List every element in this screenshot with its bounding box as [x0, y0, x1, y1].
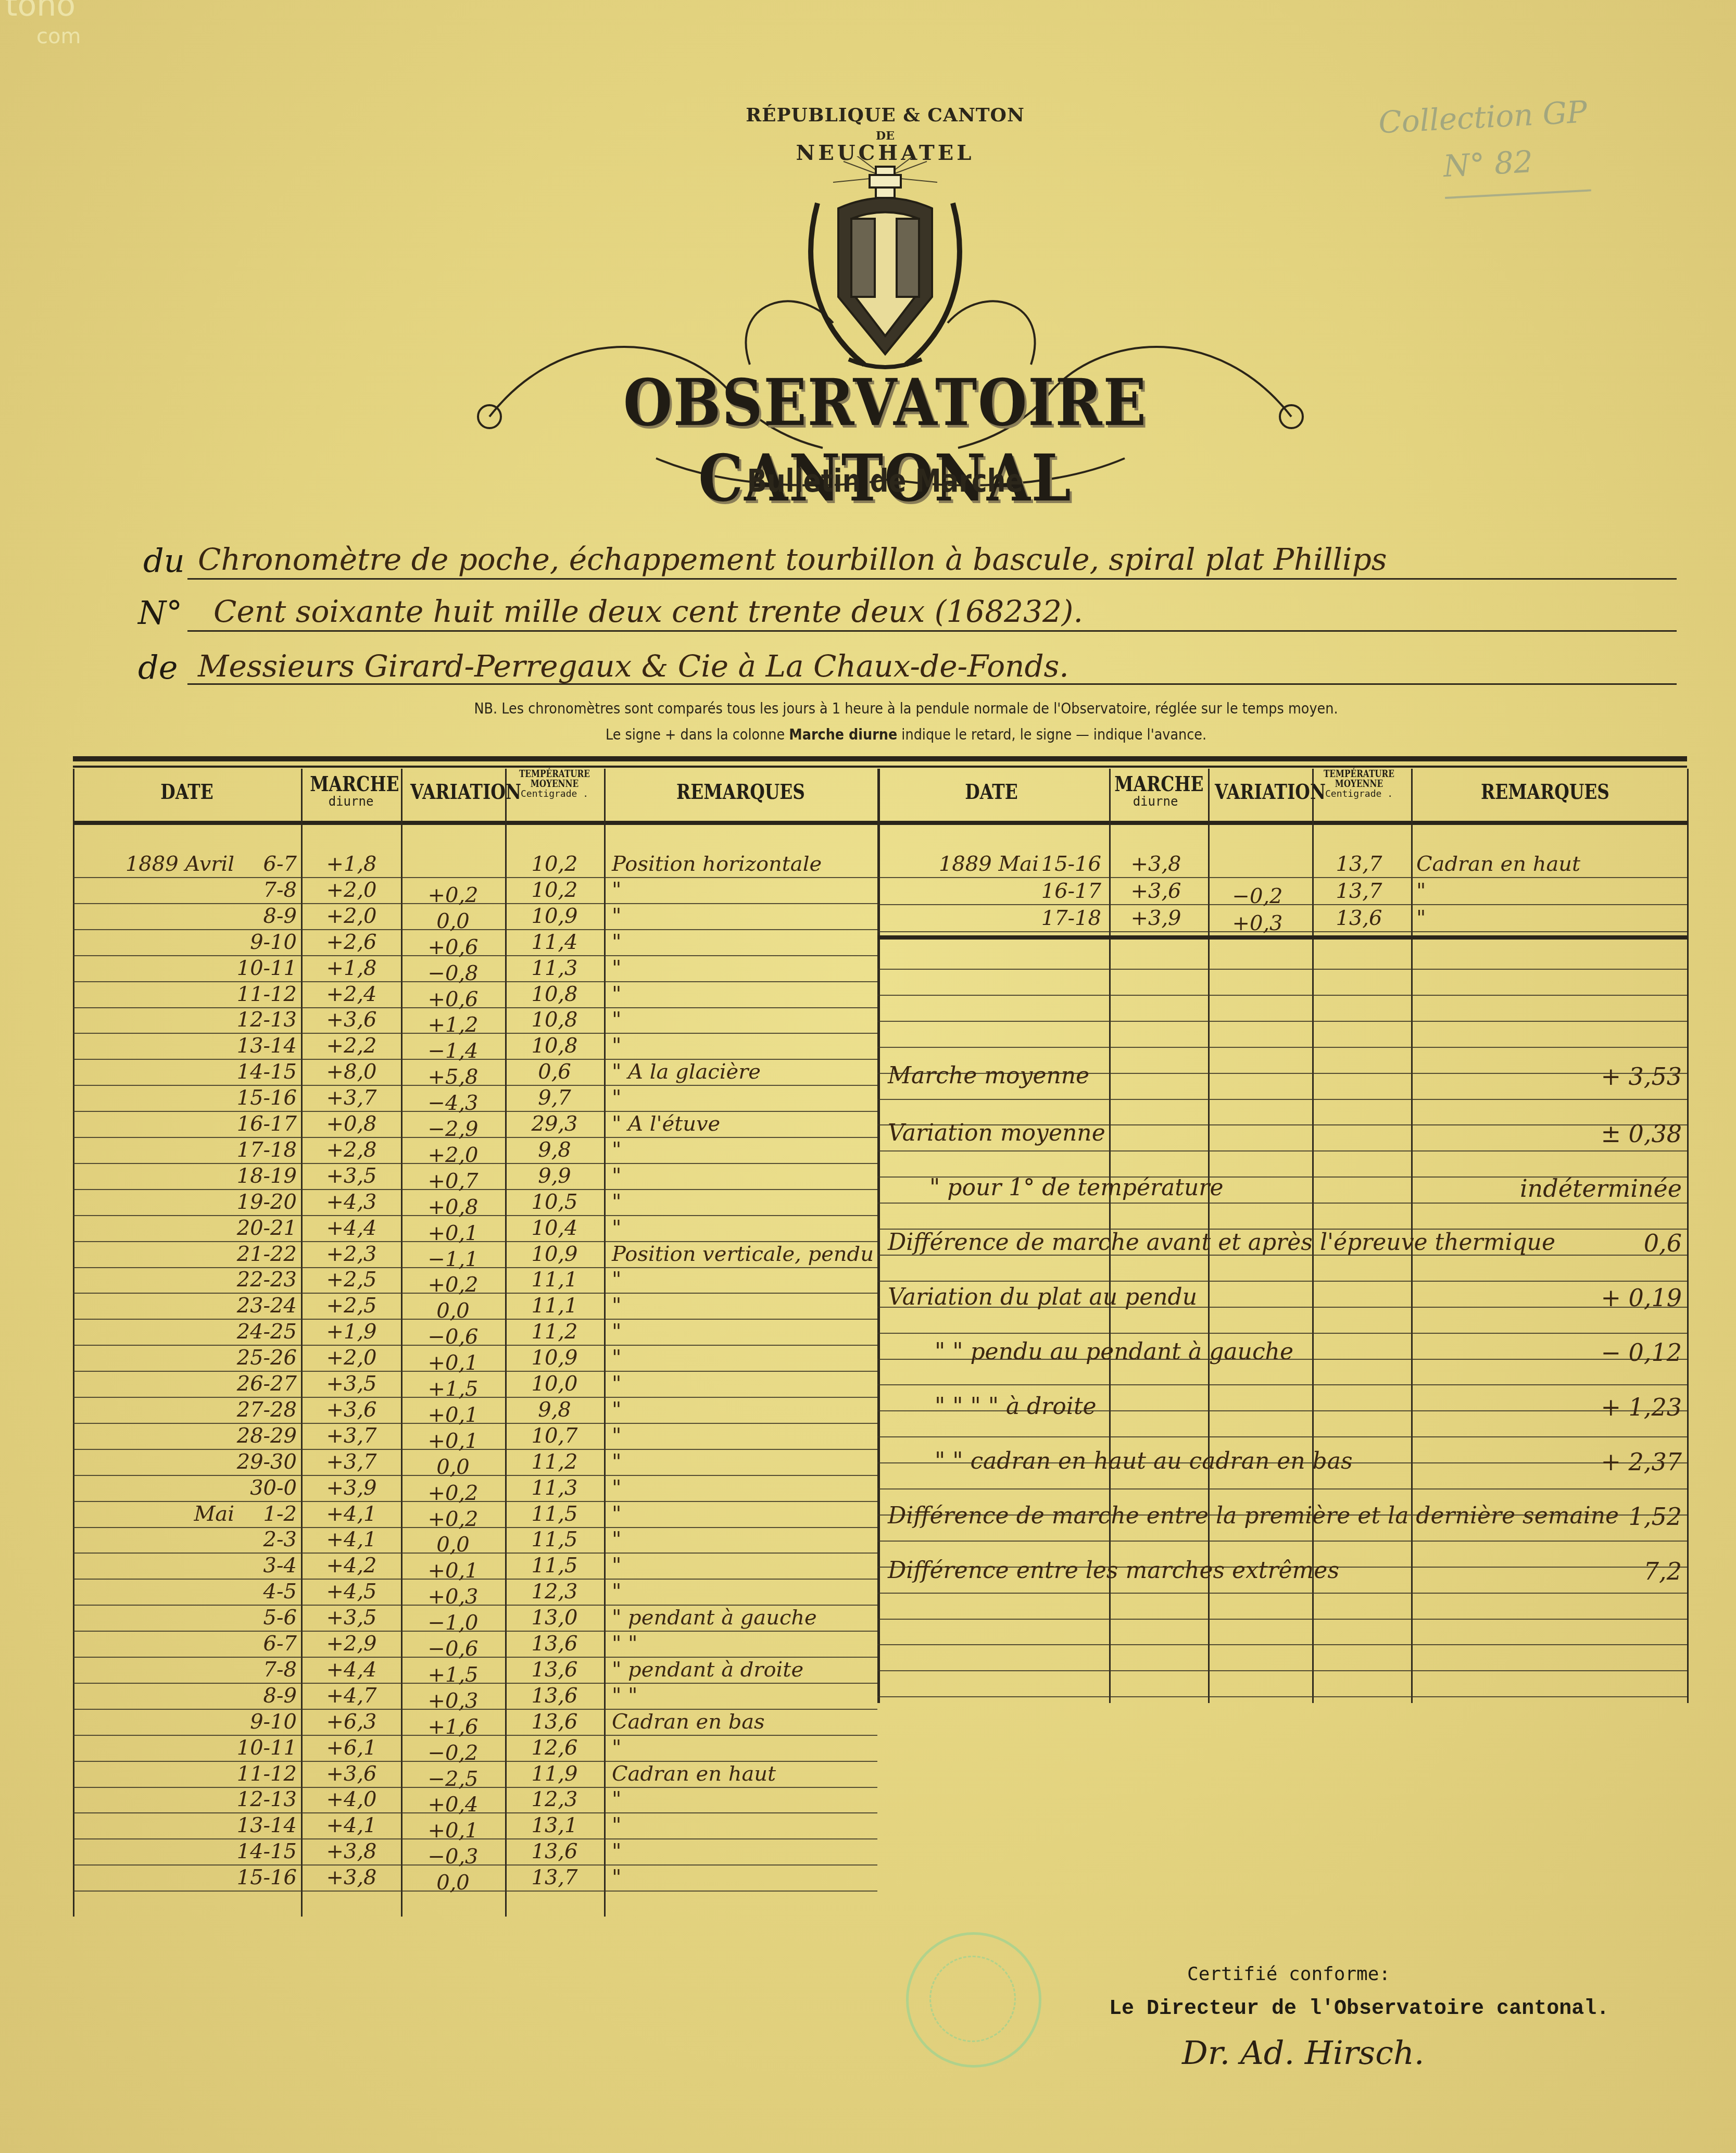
summary-value: indéterminée [1510, 1174, 1682, 1203]
row-marche-diurne: +8,0 [305, 1060, 398, 1084]
watermark-text: tono [5, 0, 76, 23]
row-marche-diurne: +2,2 [305, 1034, 398, 1058]
row-variation: +0,3 [1208, 911, 1307, 935]
summary-value: + 3,53 [1510, 1062, 1682, 1091]
row-date: 8-9 [229, 904, 297, 928]
row-variation: +0,1 [404, 1559, 502, 1583]
row-temperature: 9,8 [508, 1138, 601, 1162]
row-date: 16-17 [1034, 879, 1101, 903]
summary-label: Différence de marche entre la première e… [888, 1503, 1619, 1529]
row-temperature: 13,6 [508, 1684, 601, 1708]
table-column-divider [604, 769, 606, 1917]
row-remarque: " [1416, 879, 1677, 903]
row-marche-diurne: +2,8 [305, 1138, 398, 1162]
summary-label: Variation moyenne [888, 1120, 1105, 1146]
row-remarque: " [612, 1839, 872, 1863]
row-variation: −0,2 [1208, 884, 1307, 908]
watermark-domain: com [36, 21, 81, 52]
summary-value: 1,52 [1510, 1503, 1682, 1531]
row-remarque: " [1416, 906, 1677, 930]
row-temperature: 11,5 [508, 1502, 601, 1526]
row-marche-diurne: +4,1 [305, 1502, 398, 1526]
row-remarque: " [612, 1034, 872, 1058]
table-column-divider [1687, 769, 1689, 1703]
row-remarque: Cadran en haut [1416, 852, 1677, 876]
row-remarque: " [612, 1294, 872, 1318]
row-variation: +0,6 [404, 987, 502, 1011]
row-marche-diurne: +1,9 [305, 1320, 398, 1344]
row-variation: 0,0 [404, 1533, 502, 1557]
row-temperature: 11,2 [508, 1320, 601, 1344]
row-temperature: 9,7 [508, 1086, 601, 1110]
row-date: 18-19 [229, 1164, 297, 1188]
director-signature: Dr. Ad. Hirsch. [1182, 2034, 1425, 2072]
row-date: 14-15 [229, 1839, 297, 1863]
row-temperature: 10,8 [508, 1008, 601, 1032]
row-variation: −0,8 [404, 961, 502, 985]
header-bottom-rule [73, 821, 1687, 825]
row-remarque: " [612, 1008, 872, 1032]
seal-stamp-icon [906, 1932, 1041, 2068]
row-temperature: 0,6 [508, 1060, 601, 1084]
row-remarque: " [612, 1346, 872, 1370]
left-header-date: DATE [73, 781, 301, 803]
summary-label: Marche moyenne [888, 1062, 1089, 1089]
row-temperature: 13,7 [1312, 852, 1406, 876]
row-variation: +0,3 [404, 1585, 502, 1609]
summary-ruled-line [877, 1644, 1687, 1645]
summary-value: − 0,12 [1510, 1338, 1682, 1367]
row-remarque: " [612, 1866, 872, 1889]
row-marche-diurne: +4,4 [305, 1658, 398, 1682]
row-remarque: Cadran en haut [612, 1762, 872, 1786]
row-month: 1889 Mai [888, 852, 1039, 876]
row-remarque: " [612, 1736, 872, 1760]
row-temperature: 10,9 [508, 904, 601, 928]
row-marche-diurne: +4,1 [305, 1813, 398, 1837]
left-header-remarques: REMARQUES [604, 781, 877, 803]
summary-ruled-line [877, 1670, 1687, 1671]
row-marche-diurne: +6,3 [305, 1710, 398, 1734]
row-remarque: Position verticale, pendu [612, 1242, 872, 1266]
row-marche-diurne: +3,5 [305, 1606, 398, 1630]
row-variation: +0,1 [404, 1819, 502, 1843]
row-marche-diurne: +1,8 [305, 852, 398, 876]
row-date: 7-8 [229, 878, 297, 902]
row-marche-diurne: +2,0 [305, 878, 398, 902]
row-remarque: " [612, 956, 872, 980]
row-marche-diurne: +4,4 [305, 1216, 398, 1240]
row-date: 9-10 [229, 930, 297, 954]
watermark: tono com [5, 0, 81, 52]
row-remarque: " [612, 1787, 872, 1811]
row-date: 6-7 [229, 1632, 297, 1656]
director-title: Le Directeur de l'Observatoire cantonal. [1109, 1997, 1609, 2021]
row-date: 17-18 [229, 1138, 297, 1162]
row-marche-diurne: +3,9 [1109, 906, 1203, 930]
row-temperature: 13,6 [1312, 906, 1406, 930]
row-variation: +0,2 [404, 883, 502, 907]
row-temperature: 11,1 [508, 1294, 601, 1318]
row-temperature: 11,2 [508, 1450, 601, 1474]
row-variation: −0,2 [404, 1741, 502, 1765]
summary-ruled-line [877, 1333, 1687, 1334]
summary-value: + 2,37 [1510, 1448, 1682, 1476]
row-variation: 0,0 [404, 1871, 502, 1895]
coat-of-arms-icon [760, 156, 1010, 380]
row-marche-diurne: +2,5 [305, 1268, 398, 1292]
row-marche-diurne: +3,7 [305, 1086, 398, 1110]
row-marche-diurne: +4,3 [305, 1190, 398, 1214]
row-remarque: " [612, 1580, 872, 1604]
row-temperature: 10,5 [508, 1190, 601, 1214]
row-temperature: 10,9 [508, 1346, 601, 1370]
row-variation: 0,0 [404, 1455, 502, 1479]
row-date: 19-20 [229, 1190, 297, 1214]
summary-label: Différence entre les marches extrêmes [888, 1557, 1339, 1584]
summary-ruled-line [877, 1696, 1687, 1697]
pencil-note-number: N° 82 [1442, 135, 1591, 199]
row-marche-diurne: +3,8 [305, 1866, 398, 1889]
row-marche-diurne: +4,1 [305, 1528, 398, 1551]
right-header-date: DATE [877, 781, 1105, 803]
row-temperature: 12,3 [508, 1580, 601, 1604]
row-remarque: " [612, 1476, 872, 1500]
row-variation: −2,5 [404, 1767, 502, 1791]
right-header-remarques: REMARQUES [1408, 781, 1682, 803]
summary-ruled-line [877, 1619, 1687, 1620]
row-variation: −0,3 [404, 1845, 502, 1869]
manufacturer: Messieurs Girard-Perregaux & Cie à La Ch… [198, 648, 1069, 684]
row-date: 9-10 [229, 1710, 297, 1734]
row-remarque: " [612, 1086, 872, 1110]
republic-heading: RÉPUBLIQUE & CANTON [729, 104, 1041, 126]
row-date: 15-16 [229, 1866, 297, 1889]
row-marche-diurne: +2,5 [305, 1294, 398, 1318]
row-remarque: " pendant à gauche [612, 1606, 872, 1630]
row-marche-diurne: +3,6 [1109, 879, 1203, 903]
row-remarque: " [612, 930, 872, 954]
row-date: 25-26 [229, 1346, 297, 1370]
row-date: 16-17 [229, 1112, 297, 1136]
certified-label: Certifié conforme: [1187, 1963, 1390, 1985]
row-temperature: 11,3 [508, 1476, 601, 1500]
row-variation: +0,2 [404, 1273, 502, 1297]
row-temperature: 9,8 [508, 1398, 601, 1422]
row-date: 6-7 [229, 852, 297, 876]
row-date: 11-12 [229, 1762, 297, 1786]
row-date: 28-29 [229, 1424, 297, 1448]
row-temperature: 10,8 [508, 982, 601, 1006]
row-remarque: " [612, 1450, 872, 1474]
right-table-end-rule [877, 935, 1687, 940]
row-remarque: " A l'étuve [612, 1112, 872, 1136]
row-date: 23-24 [229, 1294, 297, 1318]
row-remarque: " [612, 1502, 872, 1526]
row-temperature: 11,1 [508, 1268, 601, 1292]
row-remarque: " [612, 1268, 872, 1292]
right-header-variation: VARIATION [1205, 781, 1310, 803]
row-date: 7-8 [229, 1658, 297, 1682]
row-remarque: " [612, 1216, 872, 1240]
row-remarque: " [612, 1320, 872, 1344]
row-variation: +1,5 [404, 1377, 502, 1401]
row-marche-diurne: +3,8 [305, 1839, 398, 1863]
summary-label: Différence de marche avant et après l'ép… [888, 1229, 1555, 1256]
row-variation: +0,3 [404, 1689, 502, 1713]
row-marche-diurne: +3,5 [305, 1164, 398, 1188]
row-remarque: " [612, 1554, 872, 1578]
summary-ruled-line [877, 1203, 1687, 1204]
row-remarque: " [612, 878, 872, 902]
row-remarque: " pendant à droite [612, 1658, 872, 1682]
summary-ruled-line [877, 1099, 1687, 1100]
row-marche-diurne: +4,2 [305, 1554, 398, 1578]
row-variation: +0,2 [404, 1507, 502, 1531]
row-remarque: " A la glacière [612, 1060, 872, 1084]
summary-ruled-line [877, 1384, 1687, 1385]
row-date: 13-14 [229, 1034, 297, 1058]
row-marche-diurne: +2,0 [305, 904, 398, 928]
row-date: 10-11 [229, 956, 297, 980]
summary-ruled-line [877, 969, 1687, 970]
summary-ruled-line [877, 1047, 1687, 1048]
row-temperature: 13,7 [508, 1866, 601, 1889]
row-temperature: 10,4 [508, 1216, 601, 1240]
nb-line-2: Le signe + dans la colonne Marche diurne… [448, 721, 1364, 747]
row-variation: +0,8 [404, 1195, 502, 1219]
row-date: 15-16 [1034, 852, 1101, 876]
row-variation: −0,6 [404, 1325, 502, 1349]
row-variation: +0,7 [404, 1169, 502, 1193]
row-remarque: " [612, 904, 872, 928]
summary-value: ± 0,38 [1510, 1120, 1682, 1148]
row-date: 5-6 [229, 1606, 297, 1630]
row-temperature: 13,6 [508, 1632, 601, 1656]
table-column-divider [505, 769, 507, 1917]
summary-label: " " " " à droite [935, 1393, 1097, 1420]
row-temperature: 10,2 [508, 852, 601, 876]
row-temperature: 11,4 [508, 930, 601, 954]
row-date: 3-4 [229, 1554, 297, 1578]
summary-ruled-line [877, 1541, 1687, 1542]
row-date: 24-25 [229, 1320, 297, 1344]
row-remarque: " [612, 1528, 872, 1551]
row-temperature: 10,8 [508, 1034, 601, 1058]
fill-line-2 [187, 630, 1677, 632]
row-remarque: " " [612, 1684, 872, 1708]
chronometer-description: Chronomètre de poche, échappement tourbi… [198, 542, 1387, 577]
row-remarque: " [612, 1372, 872, 1396]
summary-value: + 1,23 [1510, 1393, 1682, 1421]
row-variation: 0,0 [404, 1299, 502, 1323]
table-top-rule-thin [73, 766, 1687, 768]
row-marche-diurne: +2,3 [305, 1242, 398, 1266]
row-variation: +2,0 [404, 1143, 502, 1167]
row-temperature: 10,2 [508, 878, 601, 902]
row-remarque: Position horizontale [612, 852, 872, 876]
summary-ruled-line [877, 1021, 1687, 1022]
summary-label: " " cadran en haut au cadran en bas [935, 1448, 1353, 1474]
row-temperature: 11,5 [508, 1554, 601, 1578]
row-variation: +0,2 [404, 1481, 502, 1505]
row-temperature: 12,6 [508, 1736, 601, 1760]
row-temperature: 13,0 [508, 1606, 601, 1630]
row-variation: +1,2 [404, 1013, 502, 1037]
table-row-rule [877, 877, 1687, 878]
row-date: 2-3 [229, 1528, 297, 1551]
row-remarque: " [612, 1424, 872, 1448]
row-marche-diurne: +3,9 [305, 1476, 398, 1500]
right-header-marche: MARCHEdiurne [1105, 773, 1205, 808]
summary-ruled-line [877, 1488, 1687, 1489]
summary-label: " " pendu au pendant à gauche [935, 1338, 1293, 1365]
row-temperature: 10,0 [508, 1372, 601, 1396]
row-temperature: 13,7 [1312, 879, 1406, 903]
summary-label: " pour 1° de température [929, 1174, 1223, 1201]
row-date: 29-30 [229, 1450, 297, 1474]
row-temperature: 10,9 [508, 1242, 601, 1266]
row-variation: +0,1 [404, 1403, 502, 1427]
row-marche-diurne: +3,5 [305, 1372, 398, 1396]
row-temperature: 11,3 [508, 956, 601, 980]
row-date: 1-2 [229, 1502, 297, 1526]
row-temperature: 10,7 [508, 1424, 601, 1448]
summary-value: 0,6 [1510, 1229, 1682, 1257]
row-remarque: " " [612, 1632, 872, 1656]
row-variation: +0,6 [404, 935, 502, 959]
left-header-variation: VARIATION [401, 781, 505, 803]
pencil-note: Collection GP N° 82 [1377, 89, 1591, 203]
row-marche-diurne: +3,7 [305, 1424, 398, 1448]
row-remarque: Cadran en bas [612, 1710, 872, 1734]
row-date: 15-16 [229, 1086, 297, 1110]
fill-line-1 [187, 578, 1677, 580]
row-date: 11-12 [229, 982, 297, 1006]
row-variation: +1,6 [404, 1715, 502, 1739]
summary-ruled-line [877, 1436, 1687, 1437]
row-variation: −1,1 [404, 1247, 502, 1271]
row-date: 10-11 [229, 1736, 297, 1760]
row-date: 4-5 [229, 1580, 297, 1604]
row-date: 12-13 [229, 1787, 297, 1811]
table-top-rule [73, 756, 1687, 761]
table-column-divider [73, 769, 74, 1917]
row-date: 13-14 [229, 1813, 297, 1837]
row-marche-diurne: +4,7 [305, 1684, 398, 1708]
row-marche-diurne: +3,6 [305, 1008, 398, 1032]
row-temperature: 9,9 [508, 1164, 601, 1188]
row-remarque: " [612, 1138, 872, 1162]
row-date: 20-21 [229, 1216, 297, 1240]
summary-ruled-line [877, 1281, 1687, 1282]
row-variation: −1,4 [404, 1039, 502, 1063]
row-remarque: " [612, 1398, 872, 1422]
fill-label-du: du [143, 542, 185, 580]
row-marche-diurne: +4,0 [305, 1787, 398, 1811]
row-date: 30-0 [229, 1476, 297, 1500]
left-header-temperature: TEMPÉRATUREMOYENNECentigrade . [505, 770, 604, 799]
row-marche-diurne: +3,6 [305, 1762, 398, 1786]
row-variation: −0,6 [404, 1637, 502, 1661]
chronometer-number: Cent soixante huit mille deux cent trent… [213, 594, 1083, 629]
summary-label: Variation du plat au pendu [888, 1284, 1197, 1310]
row-variation: +0,1 [404, 1351, 502, 1375]
row-variation: −1,0 [404, 1611, 502, 1635]
row-month: Mai [83, 1502, 234, 1526]
row-marche-diurne: +1,8 [305, 956, 398, 980]
row-variation: +1,5 [404, 1663, 502, 1687]
row-marche-diurne: +4,5 [305, 1580, 398, 1604]
row-month: 1889 Avril [83, 852, 234, 876]
row-remarque: " [612, 1813, 872, 1837]
row-temperature: 13,1 [508, 1813, 601, 1837]
row-date: 8-9 [229, 1684, 297, 1708]
row-variation: +0,1 [404, 1429, 502, 1453]
nb-line-1: NB. Les chronomètres sont comparés tous … [448, 695, 1364, 721]
left-header-marche: MARCHEdiurne [301, 773, 401, 808]
nb-note: NB. Les chronomètres sont comparés tous … [448, 695, 1364, 747]
row-marche-diurne: +3,7 [305, 1450, 398, 1474]
row-temperature: 13,6 [508, 1710, 601, 1734]
summary-value: + 0,19 [1510, 1284, 1682, 1312]
row-temperature: 12,3 [508, 1787, 601, 1811]
row-marche-diurne: +3,8 [1109, 852, 1203, 876]
row-date: 21-22 [229, 1242, 297, 1266]
summary-ruled-line [877, 995, 1687, 996]
row-marche-diurne: +3,6 [305, 1398, 398, 1422]
summary-value: 7,2 [1510, 1557, 1682, 1585]
fill-label-de: de [138, 648, 178, 686]
row-variation: +0,4 [404, 1793, 502, 1817]
row-date: 14-15 [229, 1060, 297, 1084]
row-marche-diurne: +2,4 [305, 982, 398, 1006]
row-date: 17-18 [1034, 906, 1101, 930]
row-remarque: " [612, 982, 872, 1006]
row-date: 26-27 [229, 1372, 297, 1396]
row-variation: +0,1 [404, 1221, 502, 1245]
table-column-divider [301, 769, 303, 1917]
row-temperature: 29,3 [508, 1112, 601, 1136]
table-column-divider [401, 769, 402, 1917]
row-variation: +5,8 [404, 1065, 502, 1089]
row-variation: −4,3 [404, 1091, 502, 1115]
document-subtitle: Bulletin de Marche [521, 463, 1250, 499]
summary-ruled-line [877, 1150, 1687, 1151]
row-temperature: 11,5 [508, 1528, 601, 1551]
row-temperature: 13,6 [508, 1658, 601, 1682]
row-temperature: 13,6 [508, 1839, 601, 1863]
row-remarque: " [612, 1164, 872, 1188]
row-marche-diurne: +2,0 [305, 1346, 398, 1370]
row-marche-diurne: +2,6 [305, 930, 398, 954]
row-marche-diurne: +6,1 [305, 1736, 398, 1760]
row-date: 12-13 [229, 1008, 297, 1032]
row-date: 27-28 [229, 1398, 297, 1422]
right-header-temperature: TEMPÉRATUREMOYENNECentigrade . [1310, 770, 1408, 799]
row-marche-diurne: +2,9 [305, 1632, 398, 1656]
fill-label-number: N° [138, 594, 182, 632]
row-variation: −2,9 [404, 1117, 502, 1141]
row-remarque: " [612, 1190, 872, 1214]
summary-ruled-line [877, 1593, 1687, 1594]
row-marche-diurne: +0,8 [305, 1112, 398, 1136]
table-column-divider [877, 769, 880, 1703]
row-variation: 0,0 [404, 909, 502, 933]
row-temperature: 11,9 [508, 1762, 601, 1786]
row-date: 22-23 [229, 1268, 297, 1292]
